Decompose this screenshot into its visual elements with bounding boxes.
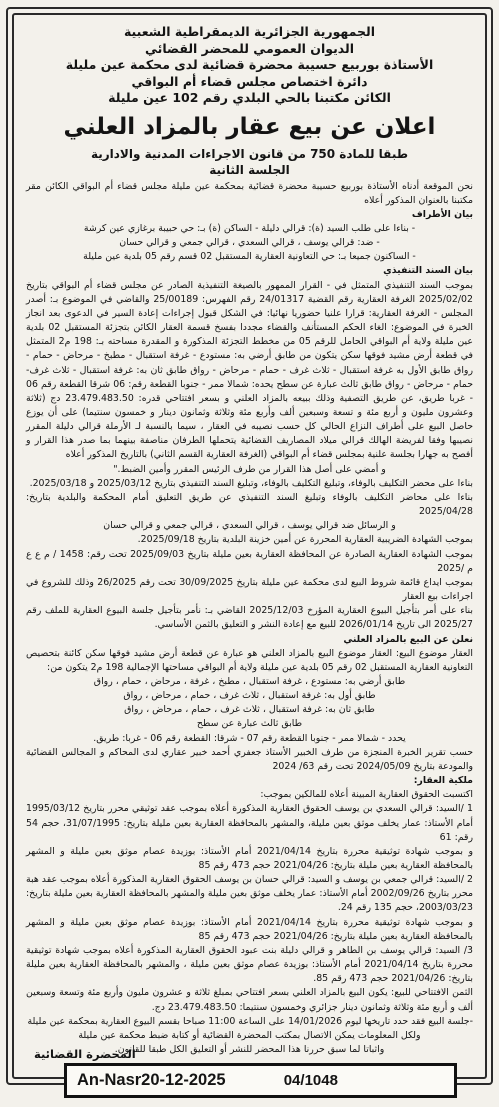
body-block: طابق أرضي به: مستودع ، غرفة استقبال ، مط… — [26, 675, 473, 689]
newspaper-legal-notice: { "header": { "line1": "الجمهورية الجزائ… — [0, 0, 499, 1107]
body-block: طابق ثان به: غرفة استقبال ، ثلاث غرف ، ح… — [26, 703, 473, 717]
body-block: بموجب الشهادة الضريبية العقارية المحررة … — [26, 533, 473, 547]
body-block: ولكل المعلومات يمكن الاتصال بمكتب المحضر… — [26, 1029, 473, 1043]
body-block: بموجب الشهادة العقارية الصادرة عن المحاف… — [26, 548, 473, 576]
body-block: بناء على أمر بتأجيل البيوع العقارية المؤ… — [26, 604, 473, 632]
body-block: - ضد: قرالي يوسف ، قرالي السعدي ، قرالي … — [26, 236, 473, 250]
body-block: العقار موضوع البيع: العقار موضوع البيع ب… — [26, 647, 473, 675]
body-block: حسب تقرير الخبرة المنجزة من طرف الخبير ا… — [26, 746, 473, 774]
publication-footer: An-Nasr20-12-2025 04/1048 — [64, 1063, 457, 1098]
body-block: بيان الأطراف — [26, 208, 473, 222]
body-block: نحن الموقعة أدناه الأستاذة بوربيع حسيبة … — [26, 180, 473, 208]
body-block: نعلن عن البيع بالمزاد العلني — [26, 633, 473, 647]
body-block: اكتسبت الحقوق العقارية المبينة أعلاه للم… — [26, 788, 473, 802]
body-block: طابق أول به: غرفة استقبال ، ثلاث غرف ، ح… — [26, 689, 473, 703]
subtitle-session: الجلسة الثانية — [26, 162, 473, 178]
header-bailiff-name: الأستاذة بوربيع حسيبة محضرة قضائية لدى م… — [26, 57, 473, 74]
body-block: بناءا على محضر التكليف بالوفاء، وتبليغ ا… — [26, 477, 473, 491]
body-block: 2 /السيد: قرالي جمعي بن يوسف و السيد: قر… — [26, 873, 473, 915]
body-block: بناءا على محاضر التكليف بالوفاء وتبليغ ا… — [26, 491, 473, 519]
body-block: و بموجب شهادة توثيقية محررة بتاريخ 2021/… — [26, 916, 473, 944]
header-office-address: الكائن مكتبنا بالحي البلدي رقم 102 عين م… — [26, 90, 473, 107]
body-block: طابق ثالث عبارة عن سطح — [26, 717, 473, 731]
body-block: الثمن الافتتاحي للبيع: يكون البيع بالمزا… — [26, 986, 473, 1014]
body-block: 3/ السيد: قرالي يوسف بن الطاهر و قرالي د… — [26, 944, 473, 986]
body-block: بيان السند التنفيذي — [26, 264, 473, 278]
publication-reference: 04/1048 — [284, 1072, 338, 1089]
subtitle-law-article: طبقا للمادة 750 من قانون الاجراءات المدن… — [26, 146, 473, 162]
body-block: و الرسائل ضد قرالي يوسف ، قرالي السعدي ،… — [26, 519, 473, 533]
header-office: الديوان العمومي للمحضر القضائي — [26, 41, 473, 58]
header-jurisdiction: دائرة اختصاص مجلس قضاء أم البواقي — [26, 74, 473, 91]
body: نحن الموقعة أدناه الأستاذة بوربيع حسيبة … — [26, 180, 473, 1058]
body-block: 1 /السيد: قرالي السعدي بن يوسف الحقوق ال… — [26, 802, 473, 844]
body-block: - بناءا على طلب السيد (ة): قرالي دليلة -… — [26, 222, 473, 236]
body-block: يحدد - شمالا ممر - جنوبا القطعة رقم 07 -… — [26, 732, 473, 746]
body-block: ملكية العقار: — [26, 774, 473, 788]
header-republic: الجمهورية الجزائرية الديمقراطية الشعبية — [26, 24, 473, 41]
body-block: -جلسة البيع فقد حدد تاريخها ليوم 14/01/2… — [26, 1015, 473, 1029]
notice-content: الجمهورية الجزائرية الديمقراطية الشعبية … — [26, 24, 473, 1067]
notice-title: اعلان عن بيع عقار بالمزاد العلني — [26, 112, 473, 142]
body-block: و بموجب شهادة توثيقية محررة بتاريخ 2021/… — [26, 845, 473, 873]
body-block: - الساكنون جميعا بـ: حي التعاونية العقار… — [26, 250, 473, 264]
body-block: و أمضي على أصل هذا القرار من طرف الرئيس … — [26, 463, 473, 477]
body-block: بموجب السند التنفيذي المتمثل في - القرار… — [26, 279, 473, 463]
signature-bailiff: المحضرة القضائية — [34, 1047, 136, 1061]
body-block: بموجب ايداع قائمة شروط البيع لدى محكمة ع… — [26, 576, 473, 604]
journal-name-date: An-Nasr20-12-2025 — [77, 1071, 226, 1090]
